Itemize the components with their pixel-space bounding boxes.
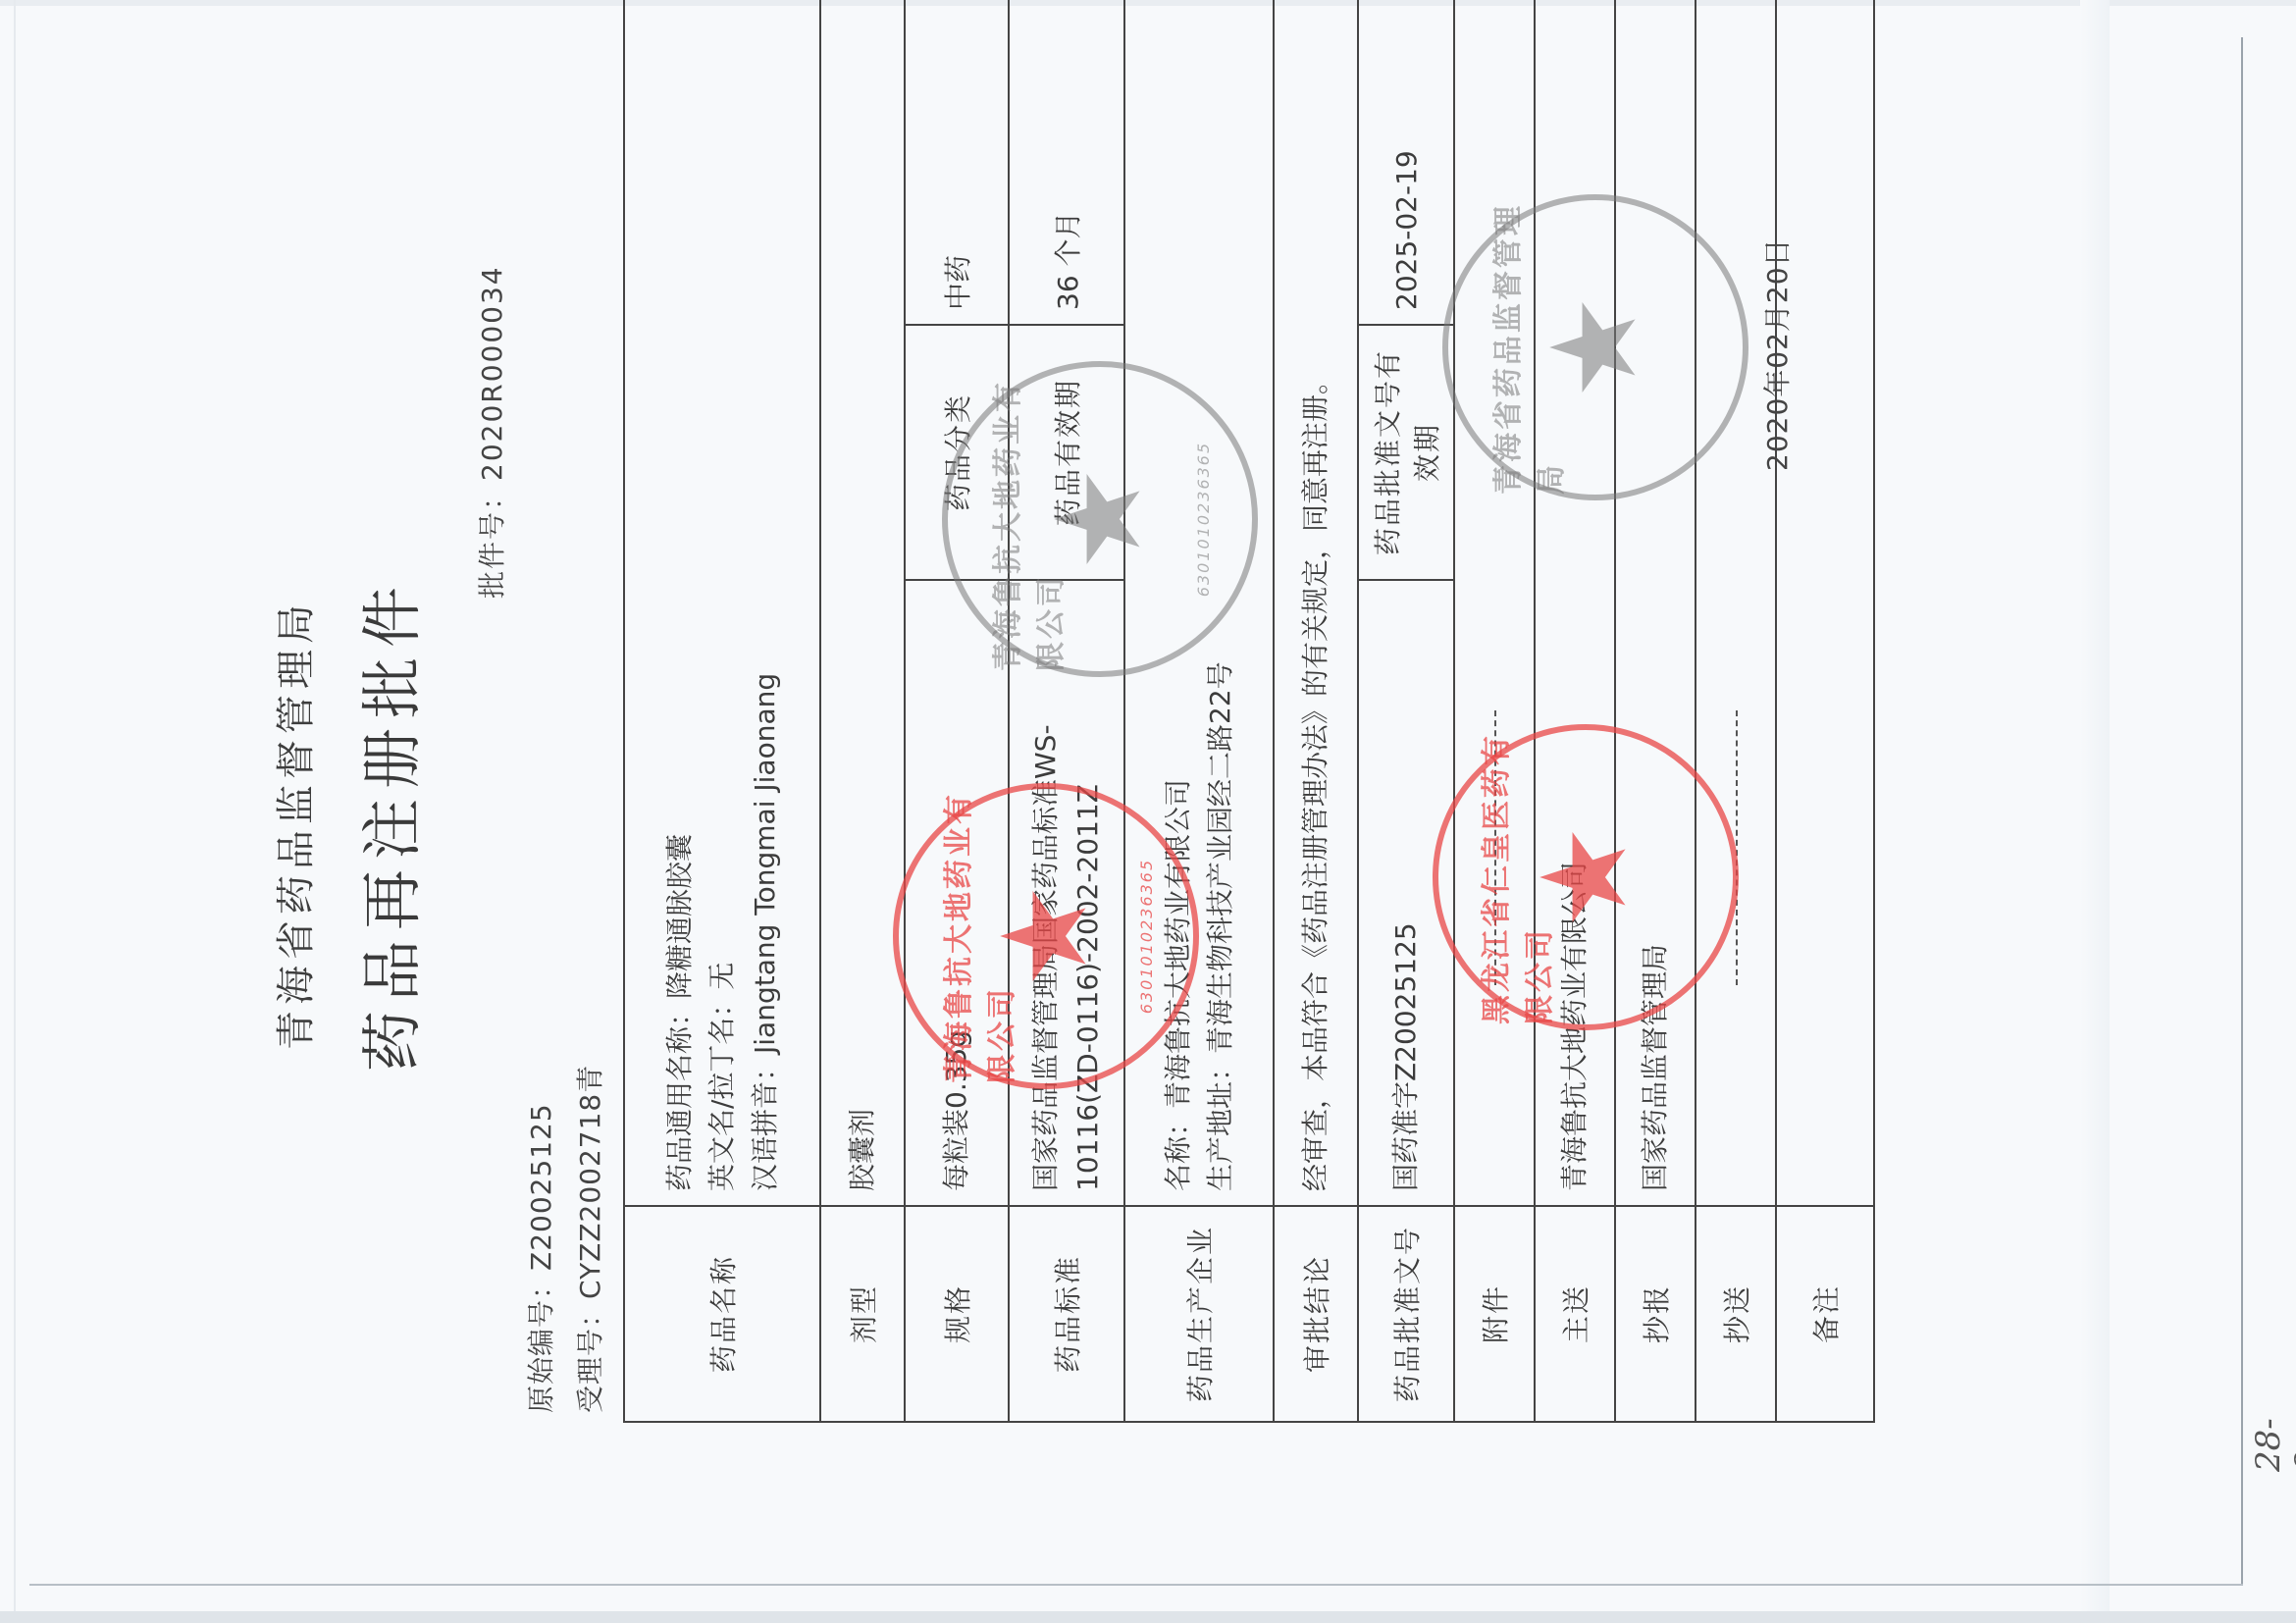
table-row-remarks: 备注 [1776, 0, 1874, 1422]
table-row-approval-number: 药品批准文号 国药准字Z20025125 药品批准文号有效期 2025-02-1… [1358, 0, 1454, 1422]
table-row-dosage-form: 剂型 胶囊剂 [820, 0, 905, 1422]
validity-period-label: 药品有效期 [1009, 325, 1124, 580]
copy-to-value [1696, 0, 1776, 1206]
approval-document: 青海省药品监督管理局 药品再注册批件 批件号：2020R000034 原始编号：… [235, 98, 2149, 1550]
approval-validity-label: 药品批准文号有效期 [1358, 325, 1454, 580]
approval-table: 药品名称 药品通用名称：降糖通脉胶囊 英文名/拉丁名：无 汉语拼音：Jiangt… [623, 0, 1875, 1423]
validity-period-value: 36 个月 [1009, 0, 1124, 325]
original-code-label: 原始编号： [525, 1271, 557, 1413]
table-row-drug-name: 药品名称 药品通用名称：降糖通脉胶囊 英文名/拉丁名：无 汉语拼音：Jiangt… [624, 0, 820, 1422]
page-border-right [2241, 37, 2243, 1586]
approval-number-cell-label: 药品批准文号 [1358, 1206, 1454, 1422]
manufacturer-address: 生产地址：青海生物科技产业园经二路22号 [1199, 0, 1241, 1191]
approval-number-cell-value: 国药准字Z20025125 [1358, 580, 1454, 1206]
approval-number-label: 批件号： [476, 481, 508, 599]
table-row-attachment: 附件 [1454, 0, 1535, 1422]
table-row-send-to: 主送 青海鲁抗大地药业有限公司 [1535, 0, 1615, 1422]
remarks-label: 备注 [1776, 1206, 1874, 1422]
specification-value: 每粒装0.35g [905, 580, 1009, 1206]
empty-dashed-line [1736, 710, 1738, 985]
drug-standard-value: 国家药品监督管理局国家药品标准WS-10116(ZD-0116)-2002-20… [1009, 580, 1124, 1206]
table-row-manufacturer: 药品生产企业 名称：青海鲁抗大地药业有限公司 生产地址：青海生物科技产业园经二路… [1124, 0, 1274, 1422]
table-row-conclusion: 审批结论 经审查，本品符合《药品注册管理办法》的有关规定，同意再注册。 [1274, 0, 1358, 1422]
report-to-label: 抄报 [1615, 1206, 1696, 1422]
copy-to-label: 抄送 [1696, 1206, 1776, 1422]
dosage-form-label: 剂型 [820, 1206, 905, 1422]
table-row-report-to: 抄报 国家药品监督管理局 [1615, 0, 1696, 1422]
document-title: 药品再注册批件 [343, 98, 431, 1550]
approval-validity-value: 2025-02-19 [1358, 0, 1454, 325]
drug-category-label: 药品分类 [905, 325, 1009, 580]
manufacturer-values: 名称：青海鲁抗大地药业有限公司 生产地址：青海生物科技产业园经二路22号 [1124, 0, 1274, 1206]
table-row-drug-standard: 药品标准 国家药品监督管理局国家药品标准WS-10116(ZD-0116)-20… [1009, 0, 1124, 1422]
attachment-label: 附件 [1454, 1206, 1535, 1422]
drug-category-value: 中药 [905, 0, 1009, 325]
remarks-value [1776, 0, 1874, 1206]
issue-date: 2020年02月20日 [1756, 237, 1796, 471]
drug-name-values: 药品通用名称：降糖通脉胶囊 英文名/拉丁名：无 汉语拼音：Jiangtang T… [624, 0, 820, 1206]
page-border-bottom [29, 1584, 2243, 1586]
dosage-form-value: 胶囊剂 [820, 0, 905, 1206]
approval-number-line: 批件号：2020R000034 [471, 265, 510, 599]
empty-dashed-line [1494, 710, 1496, 985]
conclusion-label: 审批结论 [1274, 1206, 1358, 1422]
approval-number: 2020R000034 [476, 265, 508, 481]
handwritten-page-mark: 28-8 [2249, 1418, 2296, 1472]
table-row-specification: 规格 每粒装0.35g 药品分类 中药 [905, 0, 1009, 1422]
pinyin-name: 汉语拼音：Jiangtang Tongmai Jiaonang [744, 0, 786, 1191]
table-row-copy-to: 抄送 [1696, 0, 1776, 1422]
generic-name: 药品通用名称：降糖通脉胶囊 [658, 0, 701, 1191]
drug-name-label: 药品名称 [624, 1206, 820, 1422]
original-code-line: 原始编号：Z20025125 [520, 1103, 559, 1413]
scan-edge-left [14, 0, 16, 1623]
specification-label: 规格 [905, 1206, 1009, 1422]
manufacturer-label: 药品生产企业 [1124, 1206, 1274, 1422]
send-to-value: 青海鲁抗大地药业有限公司 [1535, 0, 1615, 1206]
acceptance-number-label: 受理号： [574, 1299, 606, 1413]
report-to-value: 国家药品监督管理局 [1615, 0, 1696, 1206]
english-latin-name: 英文名/拉丁名：无 [701, 0, 743, 1191]
acceptance-number-line: 受理号：CYZZ2002718青 [569, 1065, 608, 1413]
manufacturer-name: 名称：青海鲁抗大地药业有限公司 [1157, 0, 1199, 1191]
scan-bottom-edge [0, 1611, 2296, 1623]
issuing-agency: 青海省药品监督管理局 [265, 98, 321, 1550]
original-code: Z20025125 [525, 1103, 557, 1271]
send-to-label: 主送 [1535, 1206, 1615, 1422]
drug-standard-label: 药品标准 [1009, 1206, 1124, 1422]
conclusion-value: 经审查，本品符合《药品注册管理办法》的有关规定，同意再注册。 [1274, 0, 1358, 1206]
attachment-value [1454, 0, 1535, 1206]
acceptance-number: CYZZ2002718青 [574, 1065, 606, 1299]
